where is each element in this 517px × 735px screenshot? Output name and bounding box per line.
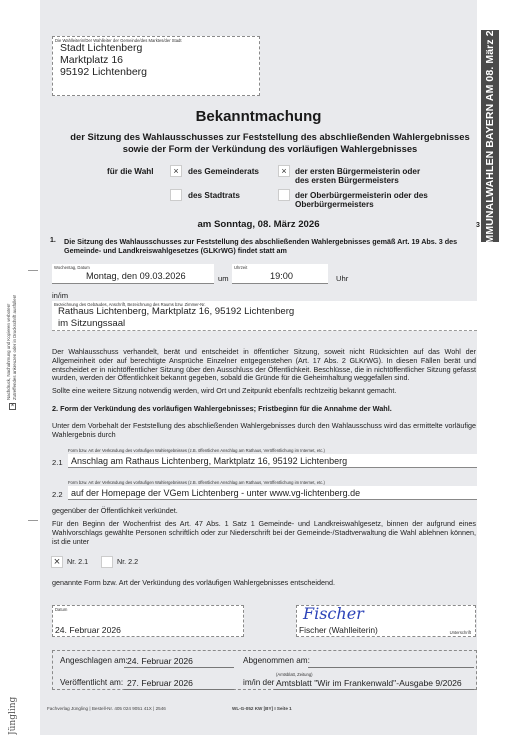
fold-mark — [28, 520, 38, 521]
posted-underline — [124, 667, 234, 668]
page-title: Bekanntmachung — [0, 108, 517, 125]
location-line: im Sitzungssaal — [58, 318, 125, 329]
section1-paragraph: Der Wahlausschuss verhandelt, berät und … — [52, 348, 476, 383]
section2-closing: genannte Form bzw. Art der Verkündung de… — [52, 579, 476, 588]
item1-number: 2.1 — [52, 458, 63, 467]
choice-nr-2-2: Nr. 2.2 — [117, 558, 138, 567]
checkbox-oberbuergermeister[interactable] — [278, 189, 290, 201]
date-field-value: Montag, den 09.03.2026 — [86, 271, 186, 281]
medium-underline — [274, 689, 474, 690]
date-box[interactable]: Datum 24. Februar 2026 — [52, 605, 244, 637]
published-value[interactable]: 27. Februar 2026 — [127, 678, 193, 688]
date-box-value: 24. Februar 2026 — [55, 625, 121, 635]
date-field[interactable]: Wochentag, Datum Montag, den 09.03.2026 — [52, 264, 214, 284]
brand-logo: Jüngling — [8, 697, 18, 735]
in-im-label: in/im — [52, 291, 68, 300]
election-label: für die Wahl — [107, 167, 154, 176]
fold-mark — [28, 270, 38, 271]
item1-hint: Form bzw. Art der Verkündung des vorläuf… — [68, 448, 325, 453]
footer-publisher: Fachverlag Jüngling | Bestell-Nr. 405 02… — [47, 706, 166, 711]
option-oberbuergermeister: der Oberbürgermeisterin oder des Oberbür… — [295, 191, 435, 209]
margin-note-instructions: Zutreffendes ankreuzen oder in Druckschr… — [12, 295, 17, 400]
posted-value[interactable]: 24. Februar 2026 — [127, 656, 193, 666]
sender-line: Marktplatz 16 — [60, 54, 123, 66]
item2-value: auf der Homepage der VGem Lichtenberg - … — [71, 488, 360, 498]
section2-after: gegenüber der Öffentlichkeit verkündet. — [52, 507, 476, 516]
sender-line: Stadt Lichtenberg — [60, 42, 142, 54]
time-field-label: Uhrzeit — [234, 265, 247, 270]
section2-deadline: Für den Beginn der Wochenfrist des Art. … — [52, 520, 476, 546]
removed-field[interactable] — [308, 667, 474, 668]
checkbox-nr-2-1[interactable]: × — [51, 556, 63, 568]
item1-field[interactable]: Anschlag am Rathaus Lichtenberg, Marktpl… — [68, 454, 477, 468]
section2-intro: Unter dem Vorbehalt der Feststellung des… — [52, 422, 476, 440]
checkbox-stadtrat[interactable] — [170, 189, 182, 201]
sender-address-box: Die Wahlleiterin/Der Wahlleiter der Geme… — [52, 36, 260, 96]
section1-note: Sollte eine weitere Sitzung notwendig we… — [52, 387, 476, 396]
date-box-label: Datum — [55, 607, 67, 612]
signature-label: Unterschrift — [450, 630, 471, 635]
page-subtitle: der Sitzung des Wahlausschusses zur Fest… — [60, 131, 480, 155]
handwritten-signature: Fischer — [303, 604, 364, 623]
section1-text: Die Sitzung des Wahlausschusses zur Fest… — [64, 237, 474, 255]
sender-line: 95192 Lichtenberg — [60, 66, 147, 78]
section2-heading: 2. Form der Verkündung des vorläufigen W… — [52, 404, 392, 413]
side-banner: KOMMUNALWAHLEN BAYERN AM 08. März 2026 — [481, 30, 499, 242]
location-field[interactable]: Bezeichnung des Gebäudes, Anschrift, Bez… — [52, 301, 477, 331]
option-buergermeister: der ersten Bürgermeisterin oder des erst… — [295, 167, 435, 185]
footer-form-id: WL-G-052 KW [BY] I Seite 1 — [232, 706, 292, 711]
location-line: Rathaus Lichtenberg, Marktplatz 16, 9519… — [58, 306, 294, 317]
uhr-label: Uhr — [336, 274, 348, 283]
published-underline — [124, 689, 234, 690]
time-field-value: 19:00 — [270, 271, 293, 281]
item1-value: Anschlag am Rathaus Lichtenberg, Marktpl… — [71, 456, 347, 466]
posted-label: Angeschlagen am: — [60, 657, 128, 666]
margin-note-copyright: Nachdruck, Nachahmung und Kopieren verbo… — [6, 304, 11, 400]
signature-box[interactable]: Fischer Fischer (Wahlleiterin) Unterschr… — [296, 605, 476, 637]
signer-name: Fischer (Wahlleiterin) — [299, 625, 378, 635]
option-stadtrat: des Stadtrats — [188, 191, 240, 200]
medium-hint: (Amtsblatt, Zeitung) — [276, 672, 313, 677]
item2-field[interactable]: auf der Homepage der VGem Lichtenberg - … — [68, 486, 477, 500]
choice-nr-2-1: Nr. 2.1 — [67, 558, 88, 567]
checkbox-gemeinderat[interactable]: × — [170, 165, 182, 177]
published-label: Veröffentlicht am: — [60, 679, 123, 688]
option-gemeinderat: des Gemeinderats — [188, 167, 259, 176]
um-label: um — [218, 274, 229, 283]
removed-label: Abgenommen am: — [243, 657, 310, 666]
item2-hint: Form bzw. Art der Verkündung des vorläuf… — [68, 480, 325, 485]
item2-number: 2.2 — [52, 490, 63, 499]
margin-checkbox: × — [9, 403, 16, 410]
section1-number: 1. — [50, 237, 56, 244]
date-field-label: Wochentag, Datum — [54, 265, 90, 270]
time-field[interactable]: Uhrzeit 19:00 — [232, 264, 328, 284]
checkbox-nr-2-2[interactable] — [101, 556, 113, 568]
checkbox-buergermeister[interactable]: × — [278, 165, 290, 177]
in-label: im/in der — [243, 679, 274, 688]
election-date: am Sonntag, 08. März 2026 — [0, 219, 517, 230]
medium-value[interactable]: Amtsblatt "Wir im Frankenwald"-Ausgabe 9… — [276, 678, 462, 688]
